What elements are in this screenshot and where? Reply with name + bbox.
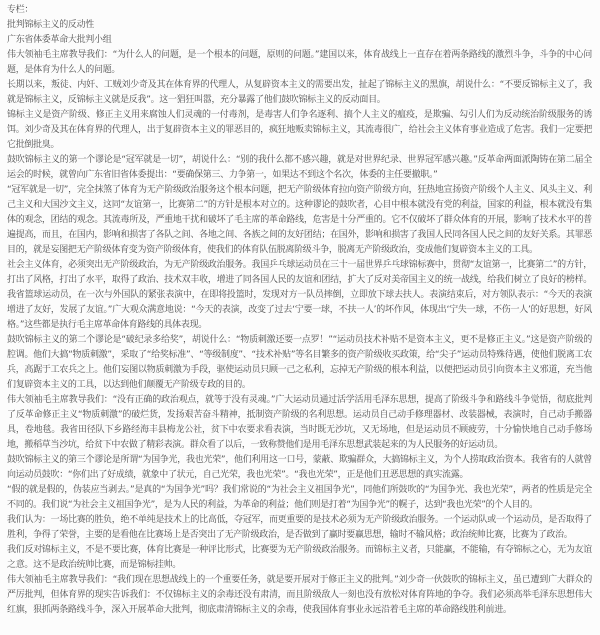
document-page: 专栏： 批判锦标主义的反动性 广东省体委革命大批判小组 伟大领袖毛主席教导我们：… xyxy=(0,0,600,635)
paragraph: “假的就是假的，伪装应当剥去。”是真的“为国争光”吗？我们常说的“为社会主义祖国… xyxy=(7,483,592,513)
paragraph: 伟大领袖毛主席教导我们：“为什么人的问题，是一个根本的问题，原则的问题。”建国以… xyxy=(7,48,592,78)
paragraph: “冠军就是一切”，完全抹煞了体育为无产阶级政治服务这个根本问题，把无产阶级体育拉… xyxy=(7,183,592,258)
column-label: 专栏： xyxy=(7,3,592,18)
paragraph: 我们认为：一场比赛的胜负，绝不单纯是技术上的比高低，夺冠军，而更重要的是技术必须… xyxy=(7,513,592,543)
paragraph: 社会主义体育，必须突出无产阶级政治，为无产阶级政治服务。我国乒乓球运动员在三十一… xyxy=(7,258,592,333)
paragraph: 长期以来，叛徒、内奸、工贼刘少奇及其在体育界的代理人，从复辟资本主义的需要出发，… xyxy=(7,78,592,108)
paragraph: 锦标主义是资产阶级、修正主义用来腐蚀人们灵魂的一付毒剂，是毒害人们争名逐利、搞个… xyxy=(7,108,592,153)
paragraph: 伟大领袖毛主席教导我们：“没有正确的政治观点，就等于没有灵魂。”广大运动员通过活… xyxy=(7,393,592,453)
article-body: 伟大领袖毛主席教导我们：“为什么人的问题，是一个根本的问题，原则的问题。”建国以… xyxy=(7,48,592,618)
paragraph: 我们反对锦标主义，不是不要比赛，体育比赛是一种评比形式，比赛要为无产阶级政治服务… xyxy=(7,543,592,573)
article-title: 批判锦标主义的反动性 xyxy=(7,18,592,33)
paragraph: 鼓吹锦标主义的第二个谬论是“破纪录多给奖”，胡说什么：“物质刺激还要一点罗！”“… xyxy=(7,333,592,393)
paragraph: 伟大领袖毛主席教导我们：“我们现在思想战线上的一个重要任务，就是要开展对于修正主… xyxy=(7,573,592,618)
paragraph: 鼓吹锦标主义的第一个谬论是“冠军就是一切”，胡说什么：“别的我什么都不感兴趣，就… xyxy=(7,153,592,183)
article-byline: 广东省体委革命大批判小组 xyxy=(7,33,592,48)
paragraph: 鼓吹锦标主义的第三个谬论是所谓“为国争光，我也光荣”，他们利用这一口号，蒙蔽、欺… xyxy=(7,453,592,483)
